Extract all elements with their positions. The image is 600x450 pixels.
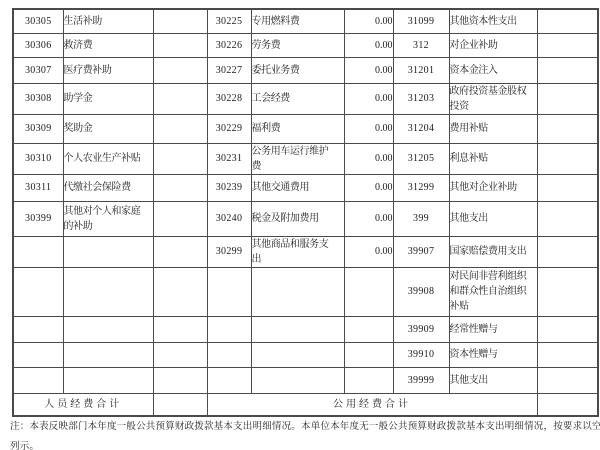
public-total-label: 公用经费合计: [207, 393, 537, 416]
table-row: 39999其他支出: [13, 367, 598, 393]
code-cell: 30239: [207, 174, 251, 201]
code-cell: 30305: [13, 9, 63, 33]
code-cell: 39908: [393, 267, 449, 316]
value-cell: 0.00: [344, 236, 393, 267]
label-cell: 国家赔偿费用支出: [449, 236, 537, 267]
code-cell: [207, 267, 251, 316]
code-cell: 31203: [393, 83, 449, 114]
code-cell: 31205: [393, 143, 449, 174]
code-cell: 39910: [393, 342, 449, 367]
value-cell: 0.00: [344, 174, 393, 201]
footnote-line-2: 列示。: [10, 437, 598, 450]
value-cell: [537, 57, 598, 83]
code-cell: [13, 236, 63, 267]
code-cell: [207, 367, 251, 393]
value-cell: [153, 143, 207, 174]
label-cell: [63, 236, 153, 267]
table-row: 30299其他商品和服务支 出0.0039907国家赔偿费用支出: [13, 236, 598, 267]
code-cell: [13, 267, 63, 316]
value-cell: [537, 83, 598, 114]
budget-detail-sheet: 30305生活补助30225专用燃料费0.0031099其他资本性支出30306…: [0, 0, 600, 450]
table-row: 30309奖助金30229福利费0.0031204费用补贴: [13, 114, 598, 143]
label-cell: [63, 342, 153, 367]
value-cell: [344, 267, 393, 316]
label-cell: 福利费: [251, 114, 344, 143]
code-cell: 30225: [207, 9, 251, 33]
value-cell: [537, 201, 598, 236]
table-body: 30305生活补助30225专用燃料费0.0031099其他资本性支出30306…: [13, 9, 598, 393]
table-row: 30399其他对个人和家庭 的补助30240税金及附加费用0.00399其他支出: [13, 201, 598, 236]
label-cell: [251, 267, 344, 316]
code-cell: [13, 316, 63, 342]
label-cell: 助学金: [63, 83, 153, 114]
table-row: 39909经常性赠与: [13, 316, 598, 342]
label-cell: [251, 316, 344, 342]
code-cell: 30231: [207, 143, 251, 174]
label-cell: [63, 267, 153, 316]
table-row: 30306救济费30226劳务费0.00312对企业补助: [13, 33, 598, 57]
value-cell: [537, 342, 598, 367]
code-cell: 30307: [13, 57, 63, 83]
label-cell: 利息补贴: [449, 143, 537, 174]
code-cell: 39909: [393, 316, 449, 342]
value-cell: [344, 316, 393, 342]
label-cell: 其他对个人和家庭 的补助: [63, 201, 153, 236]
value-cell: [153, 174, 207, 201]
value-cell: 0.00: [344, 57, 393, 83]
code-cell: [207, 316, 251, 342]
value-cell: [153, 33, 207, 57]
code-cell: 30399: [13, 201, 63, 236]
code-cell: 30229: [207, 114, 251, 143]
value-cell: 0.00: [344, 201, 393, 236]
table-row: 39910资本性赠与: [13, 342, 598, 367]
value-cell: [153, 367, 207, 393]
code-cell: 30306: [13, 33, 63, 57]
label-cell: 其他支出: [449, 201, 537, 236]
value-cell: [537, 367, 598, 393]
code-cell: 30240: [207, 201, 251, 236]
label-cell: 其他商品和服务支 出: [251, 236, 344, 267]
label-cell: 个人农业生产补贴: [63, 143, 153, 174]
value-cell: [537, 114, 598, 143]
label-cell: 生活补助: [63, 9, 153, 33]
code-cell: 30299: [207, 236, 251, 267]
value-cell: [153, 114, 207, 143]
label-cell: 公务用车运行维护 费: [251, 143, 344, 174]
value-cell: [153, 236, 207, 267]
label-cell: 资本性赠与: [449, 342, 537, 367]
value-cell: 0.00: [344, 33, 393, 57]
label-cell: 救济费: [63, 33, 153, 57]
label-cell: 专用燃料费: [251, 9, 344, 33]
code-cell: 30228: [207, 83, 251, 114]
label-cell: 税金及附加费用: [251, 201, 344, 236]
label-cell: 费用补贴: [449, 114, 537, 143]
label-cell: 代缴社会保险费: [63, 174, 153, 201]
value-cell: [537, 174, 598, 201]
code-cell: 39999: [393, 367, 449, 393]
value-cell: [537, 267, 598, 316]
table-row: 30308助学金30228工会经费0.0031203政府投资基金股权 投资: [13, 83, 598, 114]
label-cell: 劳务费: [251, 33, 344, 57]
value-cell: [344, 342, 393, 367]
code-cell: 399: [393, 201, 449, 236]
personnel-total-value: [153, 393, 207, 416]
code-cell: 30309: [13, 114, 63, 143]
label-cell: [251, 342, 344, 367]
footnote-line-1: 注：本表反映部门本年度一般公共预算财政拨款基本支出明细情况。本单位本年度无一般公…: [10, 417, 598, 437]
code-cell: 30310: [13, 143, 63, 174]
public-total-value: [537, 393, 598, 416]
label-cell: 其他对企业补助: [449, 174, 537, 201]
table-row: 30307医疗费补助30227委托业务费0.0031201资本金注入: [13, 57, 598, 83]
value-cell: [537, 9, 598, 33]
table-footnote: 注：本表反映部门本年度一般公共预算财政拨款基本支出明细情况。本单位本年度无一般公…: [10, 417, 598, 450]
code-cell: [13, 342, 63, 367]
value-cell: [153, 316, 207, 342]
label-cell: 其他支出: [449, 367, 537, 393]
value-cell: [153, 267, 207, 316]
value-cell: [537, 236, 598, 267]
code-cell: 30227: [207, 57, 251, 83]
value-cell: [153, 57, 207, 83]
value-cell: 0.00: [344, 143, 393, 174]
table-row: 30310个人农业生产补贴30231公务用车运行维护 费0.0031205利息补…: [13, 143, 598, 174]
code-cell: 30308: [13, 83, 63, 114]
label-cell: [63, 367, 153, 393]
table-totals: 人员经费合计 公用经费合计: [13, 393, 598, 416]
code-cell: 312: [393, 33, 449, 57]
label-cell: 资本金注入: [449, 57, 537, 83]
label-cell: 医疗费补助: [63, 57, 153, 83]
label-cell: 其他交通费用: [251, 174, 344, 201]
personnel-total-label: 人员经费合计: [13, 393, 153, 416]
code-cell: [13, 367, 63, 393]
code-cell: 31299: [393, 174, 449, 201]
value-cell: [537, 143, 598, 174]
label-cell: 经常性赠与: [449, 316, 537, 342]
value-cell: 0.00: [344, 114, 393, 143]
table-row: 39908对民间非营利组织 和群众性自治组织 补贴: [13, 267, 598, 316]
table-row: 30305生活补助30225专用燃料费0.0031099其他资本性支出: [13, 9, 598, 33]
table-row: 30311代缴社会保险费30239其他交通费用0.0031299其他对企业补助: [13, 174, 598, 201]
label-cell: 政府投资基金股权 投资: [449, 83, 537, 114]
code-cell: 30311: [13, 174, 63, 201]
value-cell: [537, 33, 598, 57]
code-cell: 31201: [393, 57, 449, 83]
label-cell: 奖助金: [63, 114, 153, 143]
code-cell: 39907: [393, 236, 449, 267]
value-cell: [537, 316, 598, 342]
code-cell: 31099: [393, 9, 449, 33]
code-cell: [207, 342, 251, 367]
basic-expenditure-table: 30305生活补助30225专用燃料费0.0031099其他资本性支出30306…: [12, 8, 599, 417]
label-cell: 工会经费: [251, 83, 344, 114]
value-cell: [153, 201, 207, 236]
value-cell: [344, 367, 393, 393]
label-cell: 委托业务费: [251, 57, 344, 83]
totals-row: 人员经费合计 公用经费合计: [13, 393, 598, 416]
code-cell: 30226: [207, 33, 251, 57]
label-cell: 其他资本性支出: [449, 9, 537, 33]
value-cell: [153, 9, 207, 33]
label-cell: 对企业补助: [449, 33, 537, 57]
value-cell: [153, 342, 207, 367]
code-cell: 31204: [393, 114, 449, 143]
label-cell: [251, 367, 344, 393]
value-cell: 0.00: [344, 9, 393, 33]
value-cell: [153, 83, 207, 114]
label-cell: 对民间非营利组织 和群众性自治组织 补贴: [449, 267, 537, 316]
label-cell: [63, 316, 153, 342]
value-cell: 0.00: [344, 83, 393, 114]
